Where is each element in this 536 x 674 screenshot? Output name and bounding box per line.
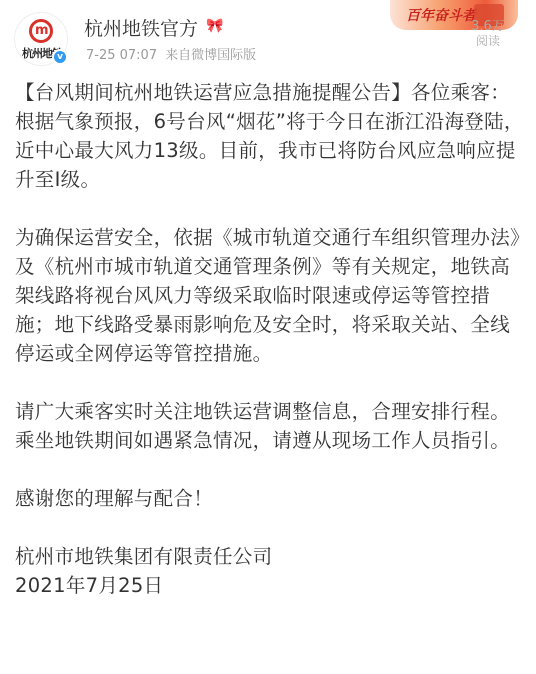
paragraph-thanks: 感谢您的理解与配合！	[15, 484, 525, 513]
metro-logo-icon: m	[29, 19, 53, 43]
post-time: 7-25 07:07	[86, 48, 157, 63]
post-source[interactable]: 来自微博国际版	[165, 48, 256, 63]
author-name[interactable]: 杭州地铁官方	[84, 14, 198, 41]
read-count-number: 3.6万	[466, 20, 510, 34]
signature-date: 2021年7月25日	[15, 571, 525, 600]
post-header: m 杭州地铁 v 杭州地铁官方 🎀 7-25 07:07来自微博国际版 百年奋斗…	[0, 0, 536, 70]
paragraph-forecast: 根据气象预报，6号台风“烟花”将于今日在浙江沿海登陆，近中心最大风力13级。目前…	[15, 107, 525, 194]
post-title-paragraph: 【台风期间杭州地铁运营应急措施提醒公告】各位乘客：	[15, 78, 525, 107]
paragraph-measures: 为确保运营安全，依据《城市轨道交通行车组织管理办法》及《杭州市城市轨道交通管理条…	[15, 223, 525, 368]
post-meta: 7-25 07:07来自微博国际版	[86, 44, 256, 63]
paragraph-advice: 请广大乘客实时关注地铁运营调整信息，合理安排行程。乘坐地铁期间如遇紧急情况，请遵…	[15, 397, 525, 455]
verified-icon: v	[52, 49, 68, 65]
post-body: 【台风期间杭州地铁运营应急措施提醒公告】各位乘客： 根据气象预报，6号台风“烟花…	[15, 78, 525, 600]
ribbon-icon: 🎀	[206, 18, 223, 34]
read-count: 3.6万 阅读	[466, 20, 510, 48]
read-count-label: 阅读	[466, 34, 510, 48]
signature-company: 杭州市地铁集团有限责任公司	[15, 542, 525, 571]
